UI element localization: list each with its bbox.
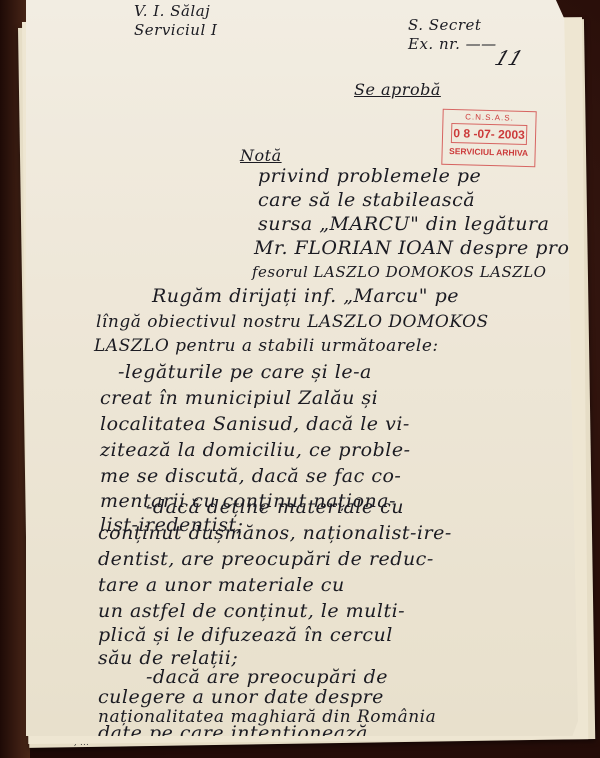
body-line: Rugăm dirijați inf. „Marcu" pe: [152, 283, 459, 309]
archive-stamp: C.N.S.A.S. 0 8 -07- 2003 SERVICIUL ARHIV…: [441, 109, 536, 167]
stamp-organization: C.N.S.A.S.: [443, 112, 535, 123]
body-line: un astfel de conținut, le multi-: [98, 598, 405, 624]
approval-note: Se aprobă: [354, 80, 441, 99]
stamp-department: SERVICIUL ARHIVA: [443, 146, 535, 158]
body-line: lîngă obiectivul nostru LASZLO DOMOKOS: [96, 309, 489, 335]
header-left: V. I. Sălaj Serviciul I: [134, 2, 217, 40]
header-right: S. Secret Ex. nr. ——: [408, 16, 497, 54]
body-line: me se discută, dacă se fac co-: [100, 463, 401, 489]
body-line: dentist, are preocupări de reduc-: [98, 546, 434, 572]
body-line: localitatea Sanisud, dacă le vi-: [100, 411, 410, 437]
subject-line: sursa „MARCU" din legătura: [258, 212, 549, 236]
header-left-line-1: V. I. Sălaj: [134, 2, 217, 21]
stamp-date: 0 8 -07- 2003: [451, 123, 527, 145]
body-line: creat în municipiul Zalău și: [100, 385, 378, 411]
underlying-page-scrawl: , ...: [74, 738, 89, 747]
document-title: Notă: [240, 146, 282, 165]
subject-line: care să le stabilească: [258, 188, 475, 212]
body-line: conținut dușmănos, naționalist-ire-: [98, 520, 452, 546]
body-line: -legăturile pe care și le-a: [118, 359, 372, 385]
document-page: V. I. Sălaj Serviciul I S. Secret Ex. nr…: [26, 0, 578, 736]
header-left-line-2: Serviciul I: [134, 21, 217, 40]
copy-number: Ex. nr. ——: [408, 35, 497, 54]
subject-line: Mr. FLORIAN IOAN despre pro-: [254, 236, 576, 260]
body-line: zitează la domiciliu, ce proble-: [100, 437, 411, 463]
subject-line: privind problemele pe: [258, 164, 481, 188]
classification: S. Secret: [408, 16, 497, 35]
body-line: -dacă deține materiale cu: [146, 494, 404, 520]
body-line: tare a unor materiale cu: [98, 572, 345, 598]
subject-line: fesorul LASZLO DOMOKOS LASZLO: [252, 260, 546, 284]
body-line: LASZLO pentru a stabili următoarele:: [94, 333, 439, 359]
